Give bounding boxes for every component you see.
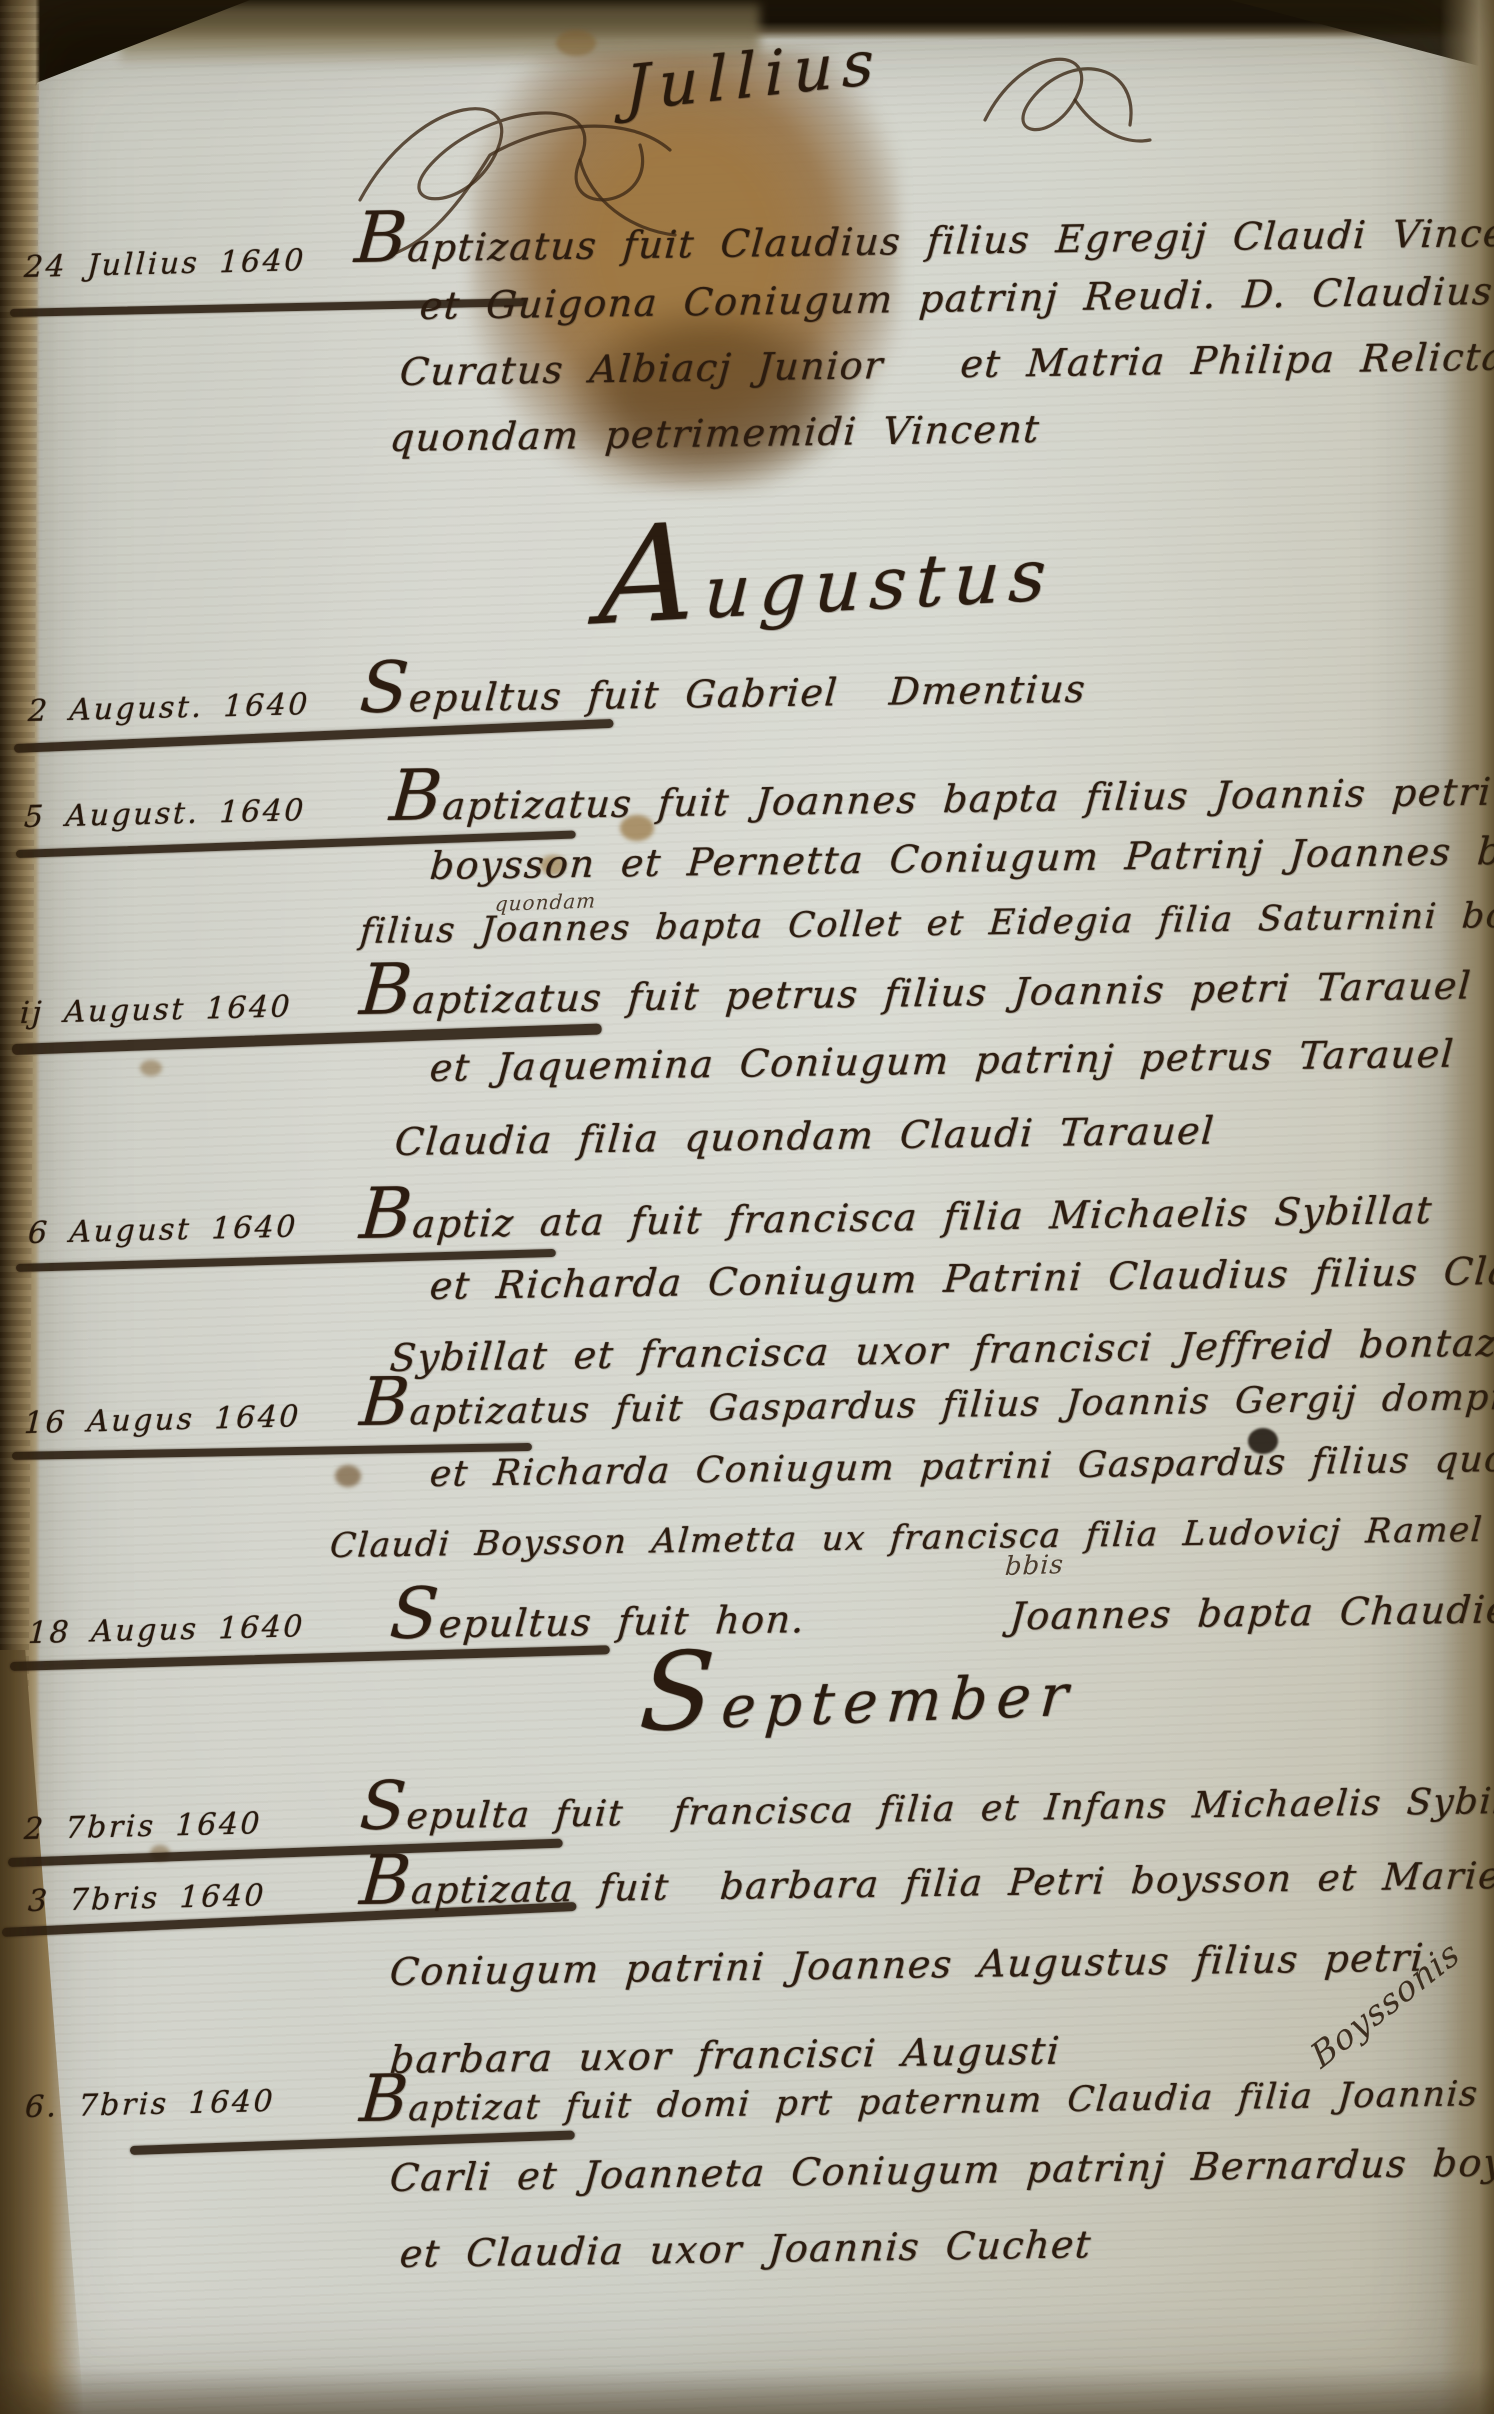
entry-line: Sepultus fuit Gabriel Dmentius [358, 652, 1089, 721]
calligraphic-flourish-icon [965, 30, 1155, 160]
entry-line: et Jaquemina Coniugum patrinj petrus Tar… [428, 1030, 1494, 1090]
page-stack-bottom-left [0, 1650, 84, 2414]
entry-line: Sepulta fuit francisca filia et Infans M… [358, 1765, 1494, 1838]
entry-line: Sepultus fuit hon. Joannes bapta Chaudie… [388, 1572, 1494, 1647]
entry-line: Coniugum patrini Joannes Augustus filius… [388, 1931, 1494, 1994]
superscript-abbreviation: bbis [1004, 1550, 1065, 1582]
entry-date: 18 Augus 1640 [27, 1609, 306, 1651]
entry-date: 6. 7bris 1640 [24, 2084, 276, 2125]
entry-date: 16 Augus 1640 [23, 1399, 302, 1441]
small-stain [140, 1060, 162, 1076]
small-stain [556, 30, 596, 56]
date-underline [130, 2130, 575, 2155]
entry-line: quondam petrimemidi Vincent [388, 407, 1041, 460]
entry-line: Baptizatus fuit petrus filius Joannis pe… [358, 948, 1475, 1023]
entry-line: et Claudia uxor Joannis Cuchet [398, 2222, 1093, 2276]
entry-line: Carli et Joanneta Coniugum patrinj Berna… [388, 2139, 1494, 2200]
entry-date: 5 August. 1640 [23, 793, 307, 835]
ink-stain-rim [560, 300, 860, 490]
entry-line: Baptiz ata fuit francisca filia Michaeli… [358, 1173, 1436, 1247]
page-bottom-shadow [0, 2368, 1494, 2414]
entry-line: boysson et Pernetta Coniugum Patrinj Joa… [428, 828, 1494, 888]
entry-date: ij August 1640 [19, 989, 293, 1031]
entry-line: et Richarda Coniugum Patrini Claudius fi… [428, 1248, 1494, 1308]
entry-line: Claudi Boysson Almetta ux francisca fili… [329, 1510, 1485, 1566]
entry-line: et Richarda Coniugum patrini Gaspardus f… [428, 1437, 1494, 1495]
manuscript-page: Jullius 24 Jullius 1640 Baptizatus fuit … [0, 0, 1494, 2414]
entry-line: Baptizata fuit barbara filia Petri boyss… [358, 1840, 1494, 1913]
entry-date: 24 Jullius 1640 [23, 243, 306, 285]
month-header-september: September [637, 1639, 1081, 1745]
month-header-augustus: Augustus [597, 504, 1059, 640]
entry-line: Claudia filia quondam Claudi Tarauel [393, 1109, 1216, 1164]
entry-date: 3 7bris 1640 [27, 1878, 267, 1919]
entry-date: 2 August. 1640 [27, 687, 311, 729]
entry-line: Baptizatus fuit Joannes bapta filius Joa… [388, 755, 1494, 829]
entry-date: 2 7bris 1640 [23, 1806, 263, 1847]
entry-date: 6 August 1640 [27, 1209, 298, 1251]
small-stain [335, 1465, 361, 1487]
